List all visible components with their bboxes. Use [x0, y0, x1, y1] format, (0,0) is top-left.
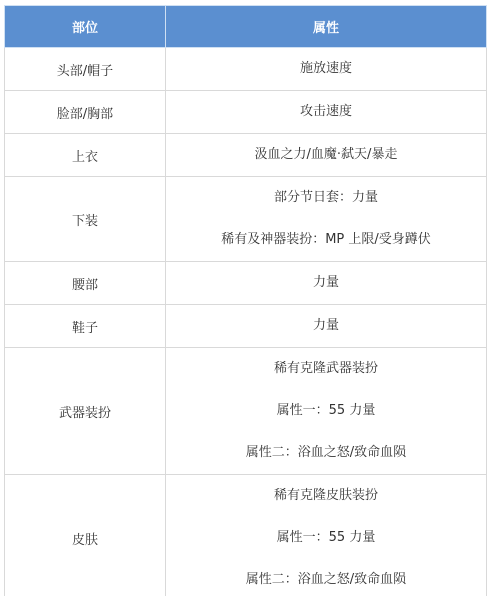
header-part: 部位: [5, 6, 166, 48]
attribute-line: 汲血之力/血魔·弑天/暴走: [166, 134, 486, 176]
table-row: 上衣 汲血之力/血魔·弑天/暴走: [5, 134, 487, 177]
attribute-line: 属性二：浴血之怒/致命血陨: [166, 559, 486, 596]
attribute-cell: 汲血之力/血魔·弑天/暴走: [166, 134, 487, 177]
part-cell: 上衣: [5, 134, 166, 177]
part-cell: 脸部/胸部: [5, 91, 166, 134]
header-row: 部位 属性: [5, 6, 487, 48]
attribute-cell: 力量: [166, 305, 487, 348]
attribute-cell: 施放速度: [166, 48, 487, 91]
attribute-cell: 攻击速度: [166, 91, 487, 134]
table-row: 脸部/胸部 攻击速度: [5, 91, 487, 134]
attribute-table: 部位 属性 头部/帽子 施放速度 脸部/胸部 攻击速度 上衣 汲血之力/血魔·弑…: [4, 5, 487, 596]
attribute-line: 稀有克隆武器装扮: [166, 348, 486, 390]
attribute-cell: 稀有克隆武器装扮 属性一：55 力量 属性二：浴血之怒/致命血陨: [166, 348, 487, 475]
attribute-line: 力量: [166, 262, 486, 304]
table-row: 腰部 力量: [5, 262, 487, 305]
table-row: 皮肤 稀有克隆皮肤装扮 属性一：55 力量 属性二：浴血之怒/致命血陨: [5, 475, 487, 596]
attribute-line: 施放速度: [166, 48, 486, 90]
part-cell: 皮肤: [5, 475, 166, 596]
table-row: 武器装扮 稀有克隆武器装扮 属性一：55 力量 属性二：浴血之怒/致命血陨: [5, 348, 487, 475]
attribute-line: 攻击速度: [166, 91, 486, 133]
attribute-cell: 稀有克隆皮肤装扮 属性一：55 力量 属性二：浴血之怒/致命血陨: [166, 475, 487, 596]
part-cell: 腰部: [5, 262, 166, 305]
attribute-line: 稀有克隆皮肤装扮: [166, 475, 486, 517]
table-row: 头部/帽子 施放速度: [5, 48, 487, 91]
header-attribute: 属性: [166, 6, 487, 48]
attribute-line: 部分节日套：力量: [166, 177, 486, 219]
attribute-cell: 力量: [166, 262, 487, 305]
part-cell: 头部/帽子: [5, 48, 166, 91]
part-cell: 下装: [5, 177, 166, 262]
table-row: 鞋子 力量: [5, 305, 487, 348]
attribute-line: 力量: [166, 305, 486, 347]
part-cell: 武器装扮: [5, 348, 166, 475]
attribute-line: 属性二：浴血之怒/致命血陨: [166, 432, 486, 474]
attribute-line: 属性一：55 力量: [166, 390, 486, 432]
attribute-line: 稀有及神器装扮：MP 上限/受身蹲伏: [166, 219, 486, 261]
attribute-line: 属性一：55 力量: [166, 517, 486, 559]
table-row: 下装 部分节日套：力量 稀有及神器装扮：MP 上限/受身蹲伏: [5, 177, 487, 262]
part-cell: 鞋子: [5, 305, 166, 348]
attribute-cell: 部分节日套：力量 稀有及神器装扮：MP 上限/受身蹲伏: [166, 177, 487, 262]
